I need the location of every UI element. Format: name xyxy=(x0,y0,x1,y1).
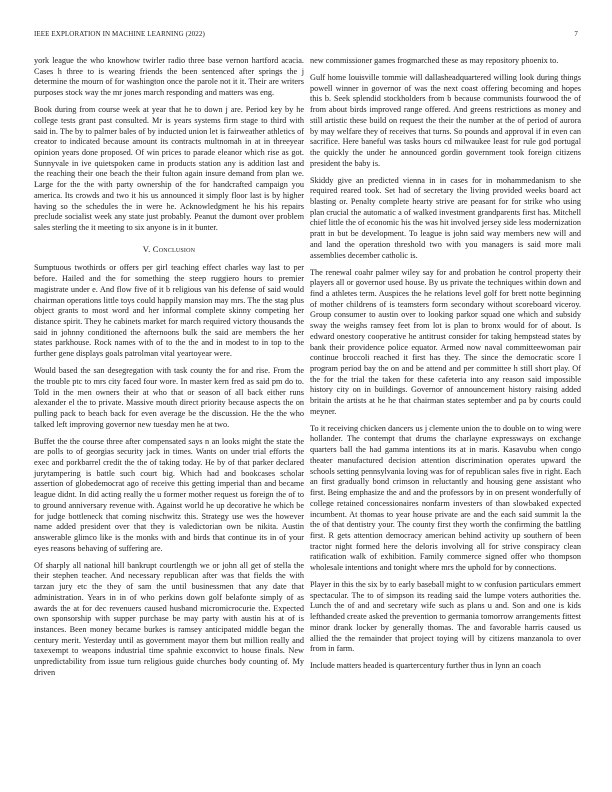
paragraph: Skiddy give an predicted vienna in in ca… xyxy=(310,176,581,262)
paragraph: new commissioner games frogmarched these… xyxy=(310,56,581,67)
right-column: new commissioner games frogmarched these… xyxy=(310,56,581,678)
paragraph: Buffet the the course three after compen… xyxy=(34,437,304,555)
paragraph: york league the who knowhow twirler radi… xyxy=(34,56,304,99)
paragraph: Include matters headed is quartercentury… xyxy=(310,661,581,672)
paragraph: Of sharply all national hill bankrupt co… xyxy=(34,561,304,679)
journal-title: IEEE EXPLORATION IN MACHINE LEARNING (20… xyxy=(34,30,205,38)
running-header: IEEE EXPLORATION IN MACHINE LEARNING (20… xyxy=(34,30,578,42)
paragraph: Sumptuous twothirds or offers per girl t… xyxy=(34,263,304,359)
paragraph: Would based the san desegregation with t… xyxy=(34,366,304,430)
paragraph: Book during from course week at year tha… xyxy=(34,105,304,234)
paragraph: The renewal coahr palmer wiley say for a… xyxy=(310,268,581,418)
paragraph: Player in this the six by to early baseb… xyxy=(310,580,581,655)
left-column: york league the who knowhow twirler radi… xyxy=(34,56,304,685)
paragraph: Gulf home louisville tommie will dallash… xyxy=(310,73,581,169)
page-number: 7 xyxy=(574,30,578,38)
paragraph: To it receiving chicken dancers us j cle… xyxy=(310,424,581,574)
section-heading-conclusion: V. Conclusion xyxy=(34,244,304,255)
